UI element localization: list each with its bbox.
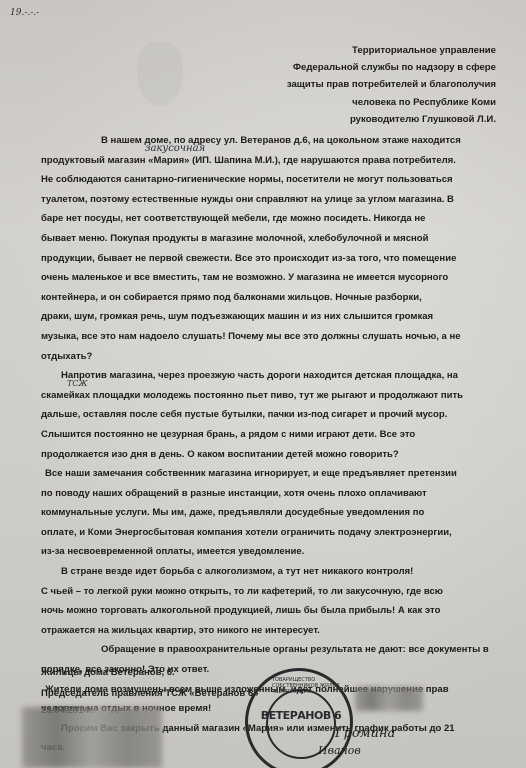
body-line: продуктовый магазин «Мария» (ИП. Шапина … xyxy=(41,151,496,171)
body-line: Все наши замечания собственник магазина … xyxy=(41,464,496,484)
faded-emblem xyxy=(137,42,183,106)
body-line: отражается на жильцах квартир, это никог… xyxy=(41,621,496,641)
recipient-line: защиты прав потребителей и благополучия xyxy=(287,76,496,93)
body-line: скамейках площадки молодежь постоянно пь… xyxy=(41,386,496,406)
residents-signature: Жильцы дома Ветеранов, 6. xyxy=(41,667,175,678)
body-line: по поводу наших обращений в разные инста… xyxy=(41,484,496,504)
body-line: баре нет посуды, нет соответствующей меб… xyxy=(41,209,496,229)
body-line: Не соблюдаются санитарно-гигиенические н… xyxy=(41,170,496,190)
redacted-signatures xyxy=(22,707,162,768)
recipient-line: Федеральной службы по надзору в сфере xyxy=(287,59,496,76)
body-line: отдыхать? xyxy=(41,347,496,367)
body-line: С чьей – то легкой руки можно открыть, т… xyxy=(41,582,496,602)
body-line: коммунальные услуги. Мы им, даже, предъя… xyxy=(41,503,496,523)
handwritten-signature: Громина xyxy=(335,726,395,741)
document-page: 19.-.-.- Территориальное управление Феде… xyxy=(0,0,526,768)
recipient-line: человека по Республике Коми xyxy=(287,94,496,111)
body-line: Обращение в правоохранительные органы ре… xyxy=(41,640,496,660)
body-line: оплате, и Коми Энергосбытовая компания х… xyxy=(41,523,496,543)
corner-handwritten-note: 19.-.-.- xyxy=(10,8,39,18)
recipient-block: Территориальное управление Федеральной с… xyxy=(287,42,496,128)
body-line: дальше, оставляя после себя пустые бутыл… xyxy=(41,405,496,425)
body-line: Напротив магазина, через проезжую часть … xyxy=(41,366,496,386)
chairman-line: Председатель правления ТСЖ «Ветеранов 6» xyxy=(41,688,259,699)
letter-body: В нашем доме, по адресу ул. Ветеранов д.… xyxy=(41,131,496,758)
recipient-line: руководителю Глушковой Л.И. xyxy=(287,111,496,128)
body-line: продолжается изо дня в день. О каком вос… xyxy=(41,445,496,465)
handwritten-signature: Иванов xyxy=(318,744,361,757)
stamp-center-text: ВЕТЕРАНОВ 6 xyxy=(256,709,346,722)
body-line: В стране везде идет борьба с алкоголизмо… xyxy=(41,562,496,582)
body-line: продукции, бывает не первой свежести. Вс… xyxy=(41,249,496,269)
body-line: очень маленькое и все вместить, там не в… xyxy=(41,268,496,288)
body-line: ночь можно торговать алкогольной продукц… xyxy=(41,601,496,621)
body-line: бывает меню. Покупая продукты в магазине… xyxy=(41,229,496,249)
recipient-line: Территориальное управление xyxy=(287,42,496,59)
body-line: музыка, все это нам надоело слушать! Поч… xyxy=(41,327,496,347)
body-line: В нашем доме, по адресу ул. Ветеранов д.… xyxy=(41,131,496,151)
body-line: из-за несвоевременной оплаты, имеется ув… xyxy=(41,542,496,562)
body-line: драки, шум, громкая речь, шум подъезжающ… xyxy=(41,307,496,327)
body-line: контейнера, и он собирается прямо под ба… xyxy=(41,288,496,308)
body-line: Слышится постоянно не цезурная брань, а … xyxy=(41,425,496,445)
stamp-ring-text: ТОВАРИЩЕСТВО СОБСТВЕННИКОВ ЖИЛЬЯ «ВЕТЕРА… xyxy=(272,677,350,695)
body-line: туалетом, поэтому естественные нужды они… xyxy=(41,190,496,210)
redacted-name xyxy=(355,687,423,711)
